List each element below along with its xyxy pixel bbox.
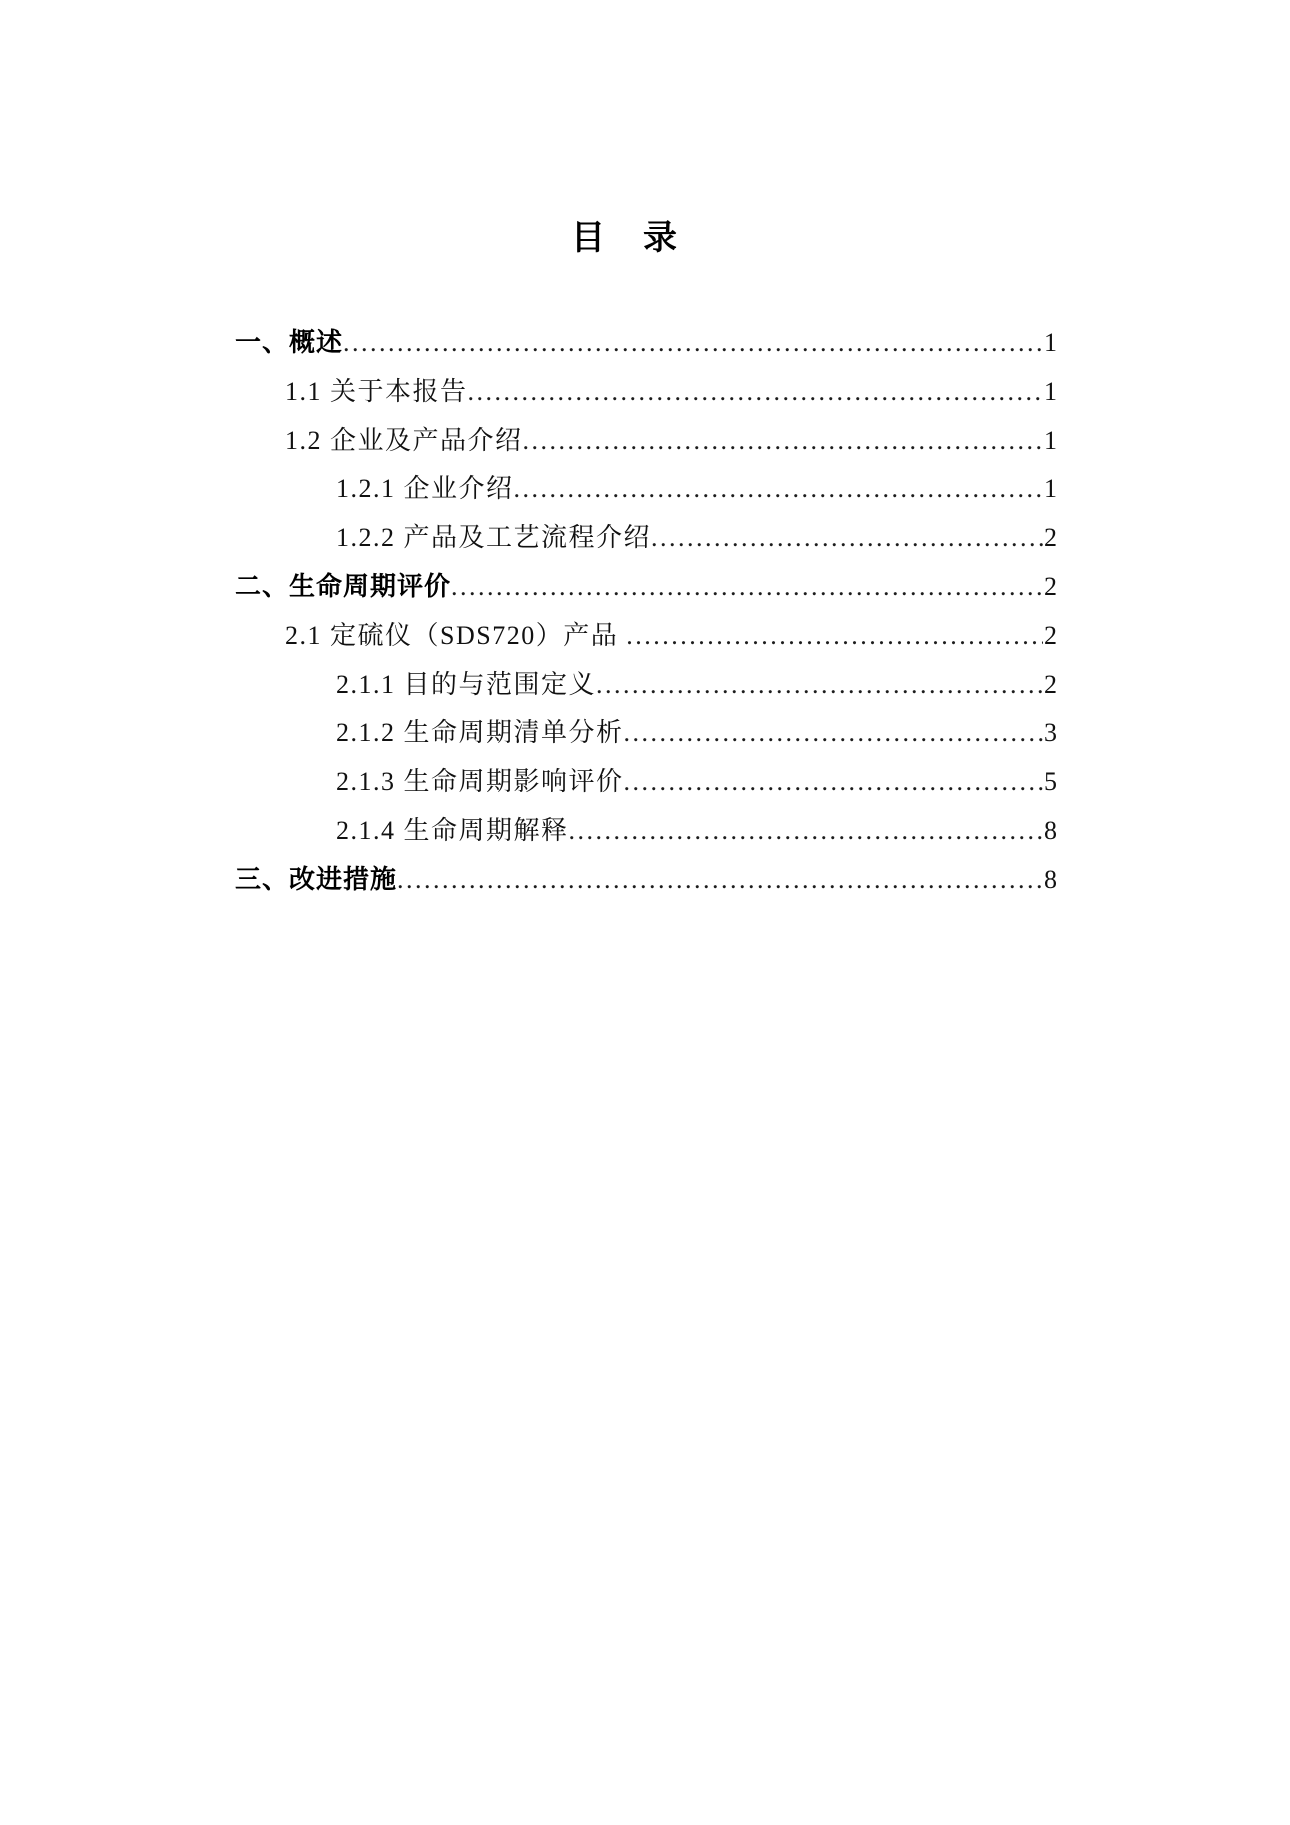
dot-leader: [523, 417, 1043, 466]
toc-entry-page: 1: [1044, 417, 1057, 466]
toc-entry-page: 1: [1044, 465, 1057, 514]
toc-entry[interactable]: 2.1.3 生命周期影响评价 5: [235, 758, 1057, 807]
dot-leader: [451, 563, 1043, 612]
toc-entry-label: 2.1.1 目的与范围定义: [336, 661, 596, 710]
toc-entry-page: 2: [1044, 514, 1057, 563]
dot-leader: [651, 514, 1043, 563]
toc-entry-label: 1.2.2 产品及工艺流程介绍: [336, 514, 651, 563]
toc-entry-page: 1: [1044, 319, 1057, 368]
toc-entry[interactable]: 1.2.1 企业介绍 1: [235, 465, 1057, 514]
toc-entry[interactable]: 2.1 定硫仪（SDS720）产品 2: [235, 612, 1057, 661]
toc-entry-label: 2.1.4 生命周期解释: [336, 807, 569, 856]
toc-entry-page: 2: [1044, 612, 1057, 661]
toc-entry-page: 2: [1044, 563, 1057, 612]
dot-leader: [569, 807, 1043, 856]
page-title: 目 录: [0, 210, 1250, 259]
table-of-contents: 一、概述 1 1.1 关于本报告 1 1.2 企业及产品介绍 1 1.2.1 企…: [235, 319, 1057, 905]
toc-entry-page: 3: [1044, 709, 1057, 758]
toc-entry-label: 2.1.3 生命周期影响评价: [336, 758, 624, 807]
dot-leader: [596, 661, 1043, 710]
toc-entry-label: 1.1 关于本报告: [285, 368, 468, 417]
toc-entry[interactable]: 一、概述 1: [235, 319, 1057, 368]
dot-leader: [397, 856, 1043, 905]
dot-leader: [514, 465, 1043, 514]
dot-leader: [624, 709, 1043, 758]
toc-entry-label: 1.2.1 企业介绍: [336, 465, 514, 514]
toc-entry[interactable]: 2.1.2 生命周期清单分析 3: [235, 709, 1057, 758]
toc-entry-label: 1.2 企业及产品介绍: [285, 417, 523, 466]
toc-entry[interactable]: 2.1.1 目的与范围定义 2: [235, 661, 1057, 710]
toc-entry[interactable]: 1.2.2 产品及工艺流程介绍 2: [235, 514, 1057, 563]
toc-entry-page: 8: [1044, 856, 1057, 905]
toc-entry[interactable]: 1.2 企业及产品介绍 1: [235, 417, 1057, 466]
toc-entry-page: 2: [1044, 661, 1057, 710]
dot-leader: [626, 612, 1043, 661]
dot-leader: [624, 758, 1043, 807]
dot-leader: [468, 368, 1043, 417]
document-page: 目 录 一、概述 1 1.1 关于本报告 1 1.2 企业及产品介绍 1 1.2…: [0, 0, 1290, 1825]
toc-entry[interactable]: 2.1.4 生命周期解释 8: [235, 807, 1057, 856]
toc-entry-label: 2.1 定硫仪（SDS720）产品: [285, 612, 626, 661]
toc-entry-label: 三、改进措施: [235, 856, 397, 905]
toc-entry-label: 2.1.2 生命周期清单分析: [336, 709, 624, 758]
toc-entry-page: 5: [1044, 758, 1057, 807]
toc-entry[interactable]: 1.1 关于本报告 1: [235, 368, 1057, 417]
toc-entry-label: 二、生命周期评价: [235, 563, 451, 612]
toc-entry[interactable]: 二、生命周期评价 2: [235, 563, 1057, 612]
toc-entry-page: 1: [1044, 368, 1057, 417]
toc-entry-label: 一、概述: [235, 319, 343, 368]
toc-entry-page: 8: [1044, 807, 1057, 856]
toc-entry[interactable]: 三、改进措施 8: [235, 856, 1057, 905]
dot-leader: [343, 319, 1043, 368]
